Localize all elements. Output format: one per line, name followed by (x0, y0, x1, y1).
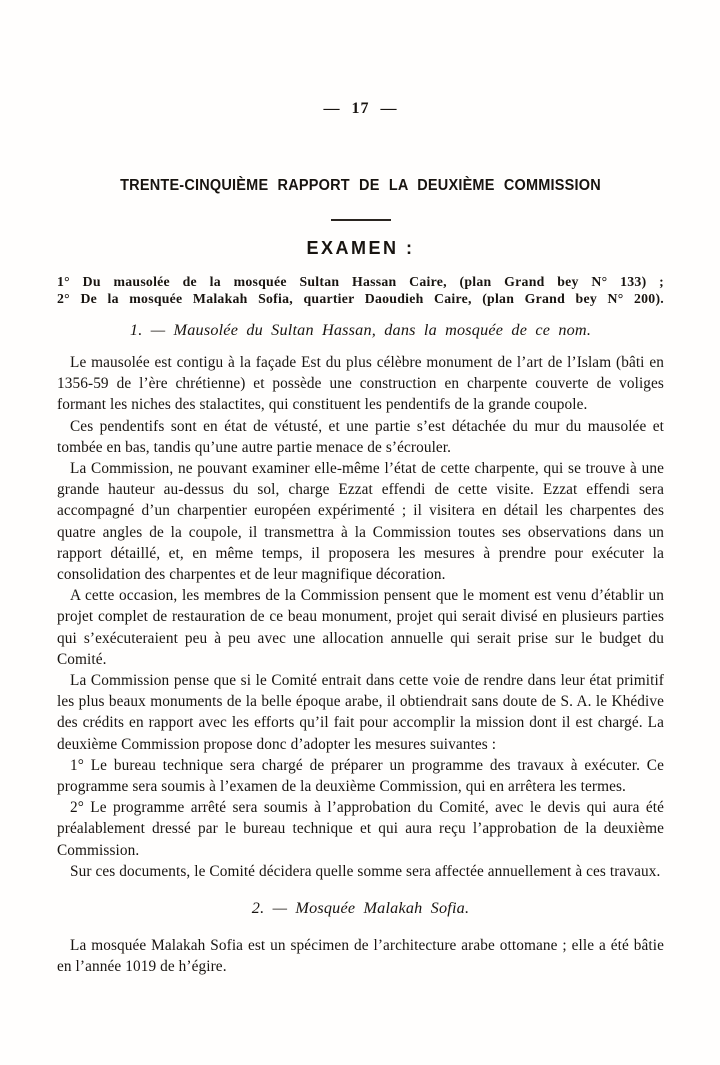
body-paragraph: Le mausolée est contigu à la façade Est … (57, 352, 664, 416)
body-paragraph: La Commission, ne pouvant examiner elle-… (57, 458, 664, 585)
title-rule-divider (331, 219, 391, 221)
report-title: TRENTE-CINQUIÈME RAPPORT DE LA DEUXIÈME … (57, 177, 664, 194)
body-paragraph: Sur ces documents, le Comité décidera qu… (57, 861, 664, 882)
body-paragraph: A cette occasion, les membres de la Comm… (57, 585, 664, 670)
document-page: — 17 — TRENTE-CINQUIÈME RAPPORT DE LA DE… (0, 0, 720, 1065)
exam-items-list: 1° Du mausolée de la mosquée Sultan Hass… (57, 274, 664, 307)
body-paragraph: Ces pendentifs sont en état de vétusté, … (57, 416, 664, 458)
section-2-heading: 2. — Mosquée Malakah Sofia. (57, 899, 664, 918)
text-block: — 17 — TRENTE-CINQUIÈME RAPPORT DE LA DE… (57, 0, 664, 977)
body-paragraph: 1° Le bureau technique sera chargé de pr… (57, 755, 664, 797)
page-number: — 17 — (57, 100, 664, 118)
body-paragraph: La Commission pense que si le Comité ent… (57, 670, 664, 755)
exam-item-2: 2° De la mosquée Malakah Sofia, quartier… (57, 291, 664, 308)
exam-item-1: 1° Du mausolée de la mosquée Sultan Hass… (57, 274, 664, 291)
examen-heading: EXAMEN : (57, 238, 664, 259)
section-1-heading: 1. — Mausolée du Sultan Hassan, dans la … (57, 321, 664, 340)
body-paragraph: 2° Le programme arrêté sera soumis à l’a… (57, 797, 664, 861)
body-paragraph: La mosquée Malakah Sofia est un spécimen… (57, 935, 664, 977)
